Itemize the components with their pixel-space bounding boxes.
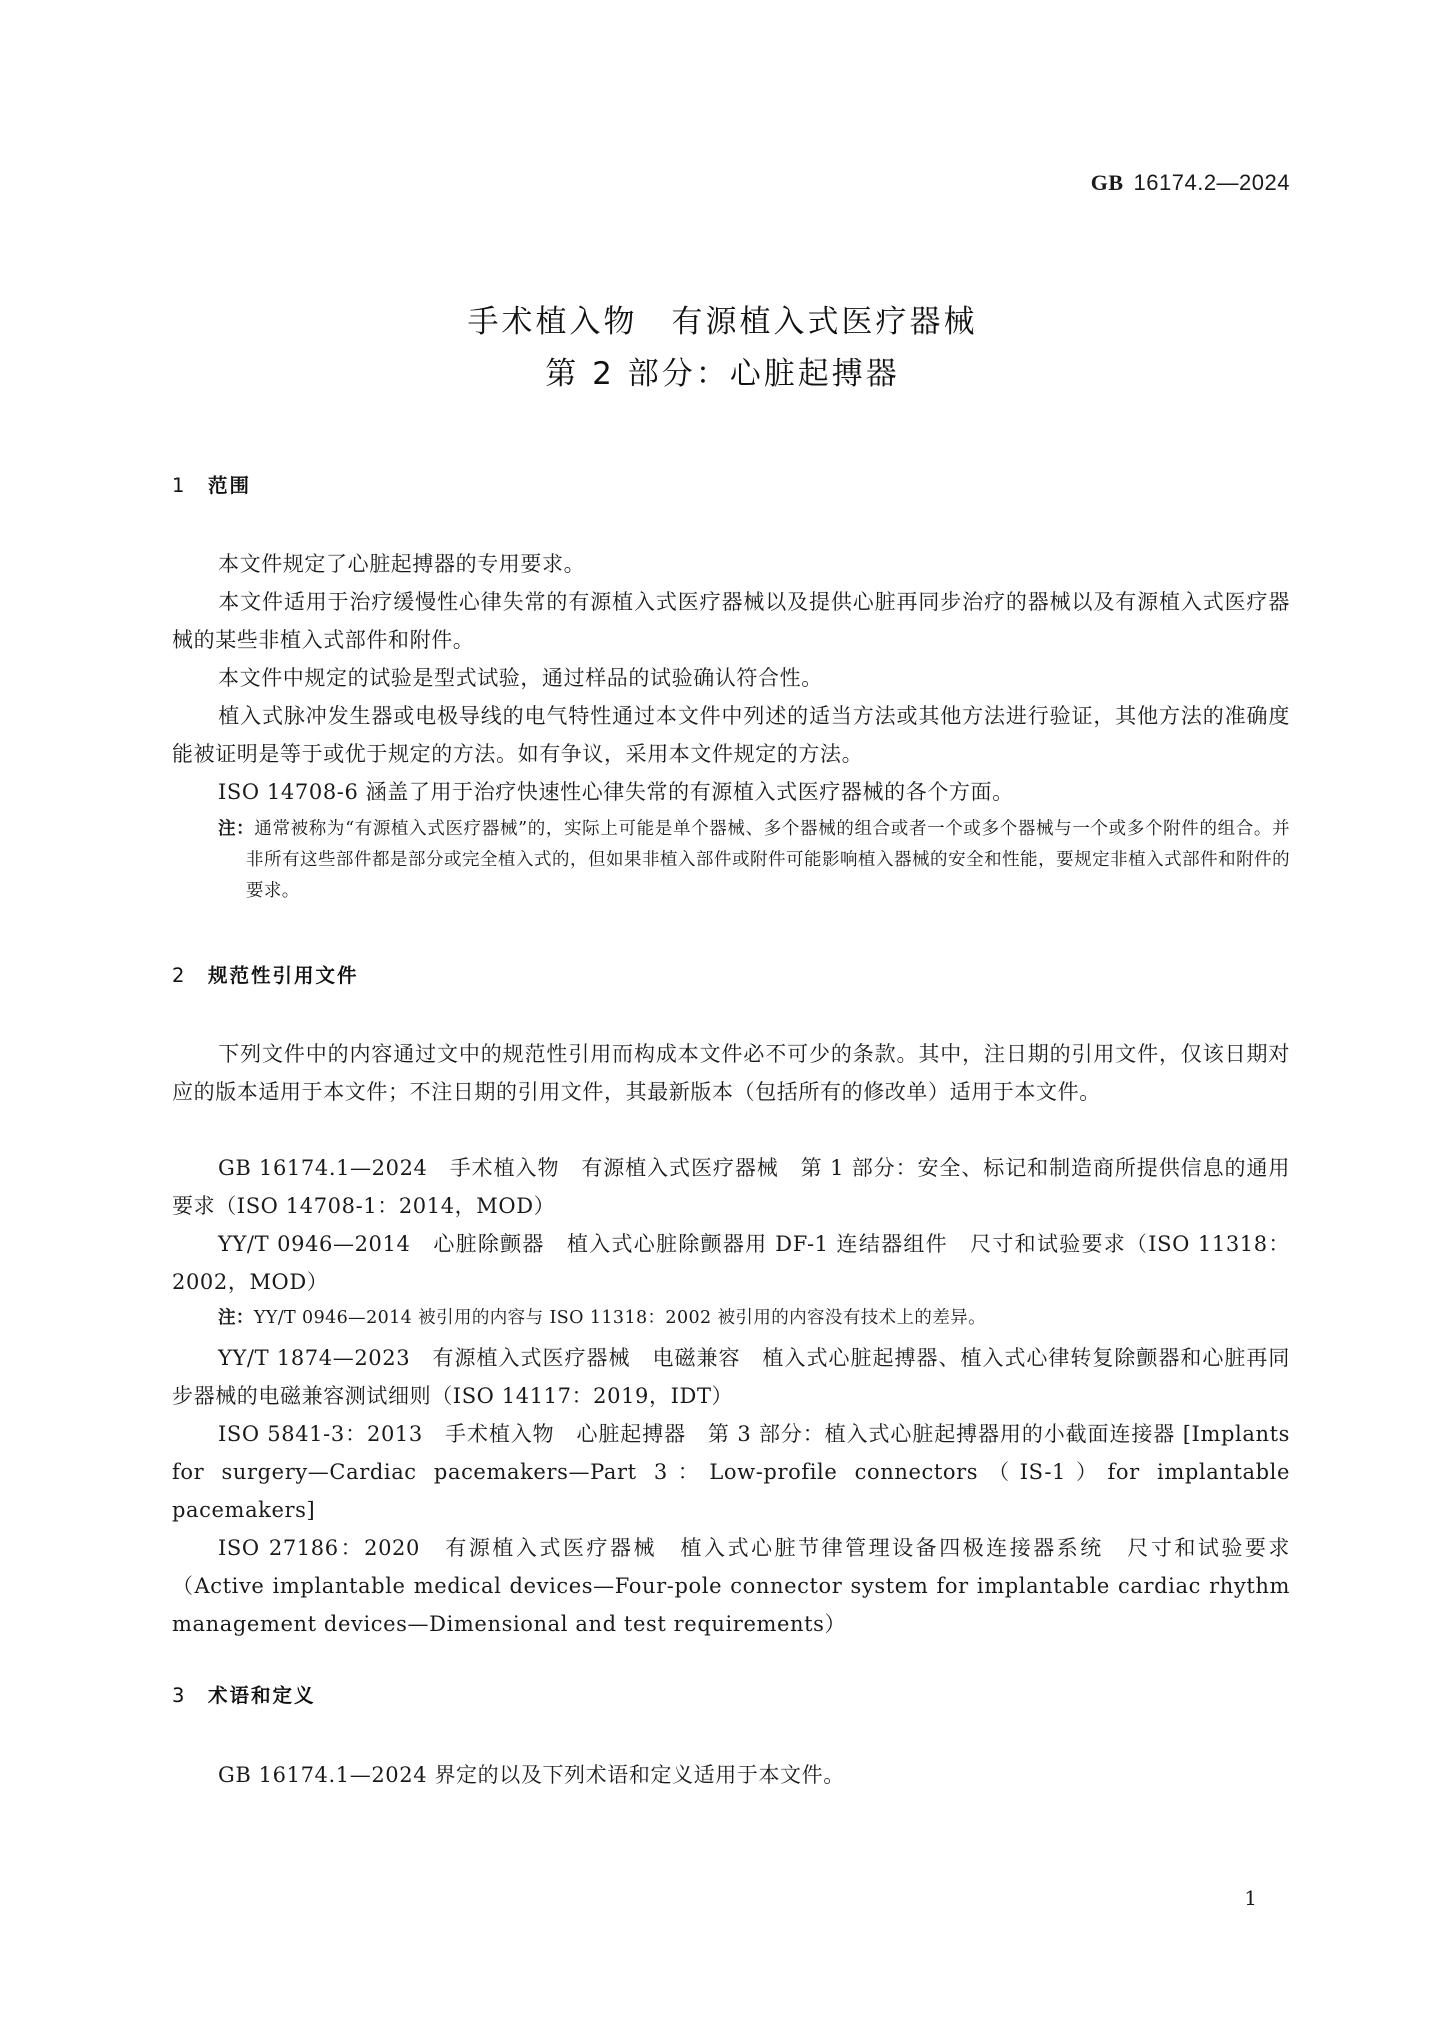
page-number: 1 bbox=[1244, 1886, 1257, 1910]
reference-item: GB 16174.1—2024 手术植入物 有源植入式医疗器械 第 1 部分：安… bbox=[172, 1149, 1290, 1225]
paragraph: 本文件适用于治疗缓慢性心律失常的有源植入式医疗器械以及提供心脏再同步治疗的器械以… bbox=[172, 583, 1290, 659]
section-title: 范围 bbox=[208, 474, 251, 497]
note-text: 通常被称为“有源植入式医疗器械”的，实际上可能是单个器械、多个器械的组合或者一个… bbox=[246, 819, 1290, 901]
reference-item: YY/T 0946—2014 心脏除颤器 植入式心脏除颤器用 DF-1 连结器组… bbox=[172, 1225, 1290, 1301]
note-label: 注： bbox=[218, 819, 254, 839]
note-label: 注： bbox=[218, 1308, 254, 1328]
paragraph: 植入式脉冲发生器或电极导线的电气特性通过本文件中列述的适当方法或其他方法进行验证… bbox=[172, 697, 1290, 773]
document-title-line2: 第 2 部分：心脏起搏器 bbox=[0, 348, 1445, 393]
paragraph: 本文件规定了心脏起搏器的专用要求。 bbox=[172, 545, 1290, 583]
document-page: GB16174.2—2024 手术植入物有源植入式医疗器械 第 2 部分：心脏起… bbox=[0, 0, 1445, 2044]
document-title-line1: 手术植入物有源植入式医疗器械 bbox=[0, 296, 1445, 341]
reference-item: YY/T 1874—2023 有源植入式医疗器械 电磁兼容 植入式心脏起搏器、植… bbox=[172, 1339, 1290, 1415]
paragraph: 本文件中规定的试验是型式试验，通过样品的试验确认符合性。 bbox=[172, 659, 1290, 697]
paragraph: 下列文件中的内容通过文中的规范性引用而构成本文件必不可少的条款。其中，注日期的引… bbox=[172, 1035, 1290, 1111]
note: 注：通常被称为“有源植入式医疗器械”的，实际上可能是单个器械、多个器械的组合或者… bbox=[218, 814, 1290, 907]
paragraph: GB 16174.1—2024 界定的以及下列术语和定义适用于本文件。 bbox=[172, 1756, 1290, 1794]
standard-number: 16174.2—2024 bbox=[1134, 170, 1290, 195]
reference-item: ISO 27186：2020 有源植入式医疗器械 植入式心脏节律管理设备四极连接… bbox=[172, 1529, 1290, 1643]
title-part1: 手术植入物 bbox=[468, 304, 638, 340]
section-number: 2 bbox=[172, 964, 208, 987]
note-text: YY/T 0946—2014 被引用的内容与 ISO 11318：2002 被引… bbox=[254, 1308, 986, 1328]
paragraph: ISO 14708-6 涵盖了用于治疗快速性心律失常的有源植入式医疗器械的各个方… bbox=[172, 773, 1290, 811]
standard-prefix: GB bbox=[1091, 170, 1124, 195]
section-number: 3 bbox=[172, 1684, 208, 1707]
section-title: 术语和定义 bbox=[208, 1684, 316, 1707]
section-number: 1 bbox=[172, 474, 208, 497]
standard-code: GB16174.2—2024 bbox=[1091, 170, 1290, 196]
title-part2: 有源植入式医疗器械 bbox=[672, 304, 978, 340]
section-heading-scope: 1范围 bbox=[172, 470, 251, 498]
note: 注：YY/T 0946—2014 被引用的内容与 ISO 11318：2002 … bbox=[218, 1303, 1290, 1334]
section-title: 规范性引用文件 bbox=[208, 964, 359, 987]
section-heading-terms-and-definitions: 3术语和定义 bbox=[172, 1680, 316, 1708]
section-heading-normative-references: 2规范性引用文件 bbox=[172, 960, 359, 988]
reference-item: ISO 5841-3：2013 手术植入物 心脏起搏器 第 3 部分：植入式心脏… bbox=[172, 1415, 1290, 1529]
